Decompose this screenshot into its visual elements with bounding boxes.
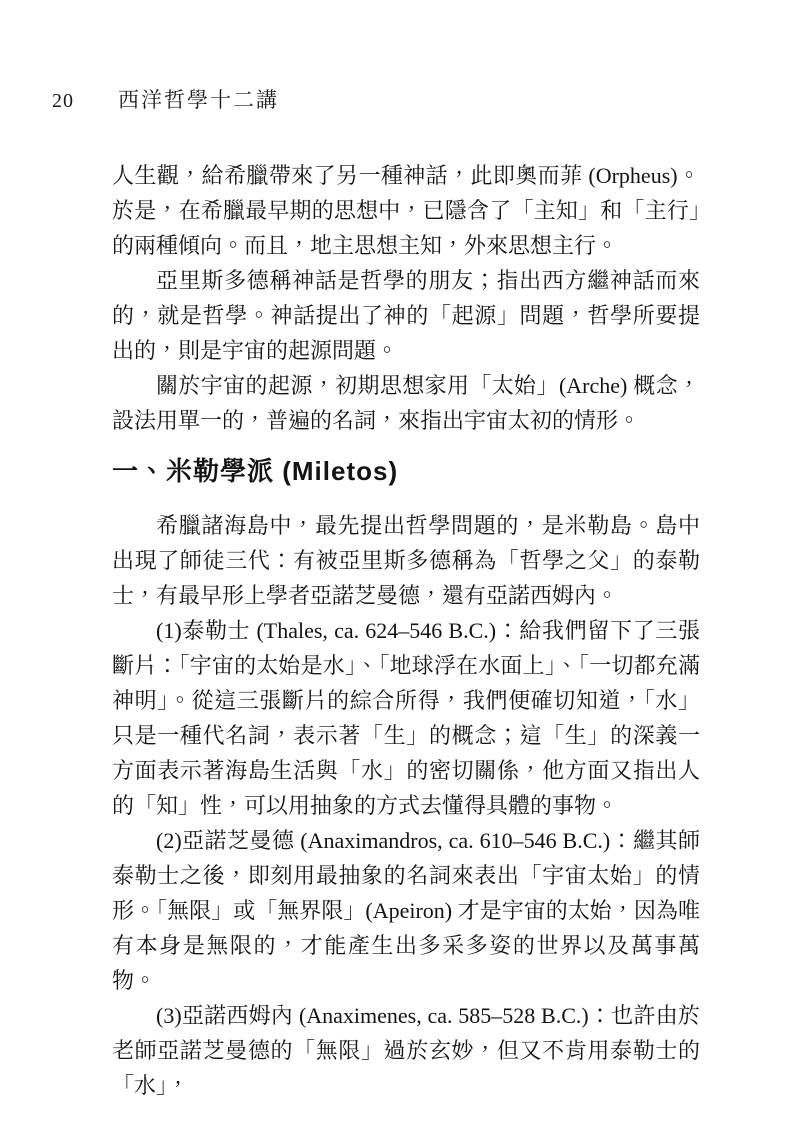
book-page: 20 西洋哲學十二講 人生觀，給希臘帶來了另一種神話，此即奧而菲 (Orpheu… (0, 0, 800, 1121)
body-paragraph-orpheus: 人生觀，給希臘帶來了另一種神話，此即奧而菲 (Orpheus)。於是，在希臘最早… (112, 158, 700, 263)
body-paragraph-anaximandros: (2)亞諾芝曼德 (Anaximandros, ca. 610–546 B.C.… (112, 823, 700, 998)
page-number: 20 (52, 90, 118, 113)
body-paragraph-anaximenes: (3)亞諾西姆內 (Anaximenes, ca. 585–528 B.C.)：… (112, 998, 700, 1103)
body-paragraph-miletos-intro: 希臘諸海島中，最先提出哲學問題的，是米勒島。島中出現了師徒三代：有被亞里斯多德稱… (112, 508, 700, 613)
body-paragraph-thales: (1)泰勒士 (Thales, ca. 624–546 B.C.)：給我們留下了… (112, 613, 700, 823)
page-header: 20 西洋哲學十二講 (52, 84, 700, 114)
section-heading-miletos: 一、米勒學派 (Miletos) (112, 454, 700, 488)
page-body: 人生觀，給希臘帶來了另一種神話，此即奧而菲 (Orpheus)。於是，在希臘最早… (112, 158, 700, 1103)
running-title: 西洋哲學十二講 (118, 84, 279, 114)
body-paragraph-arche: 關於宇宙的起源，初期思想家用「太始」(Arche) 概念，設法用單一的，普遍的名… (112, 368, 700, 438)
body-paragraph-aristotle-myth: 亞里斯多德稱神話是哲學的朋友；指出西方繼神話而來的，就是哲學。神話提出了神的「起… (112, 263, 700, 368)
